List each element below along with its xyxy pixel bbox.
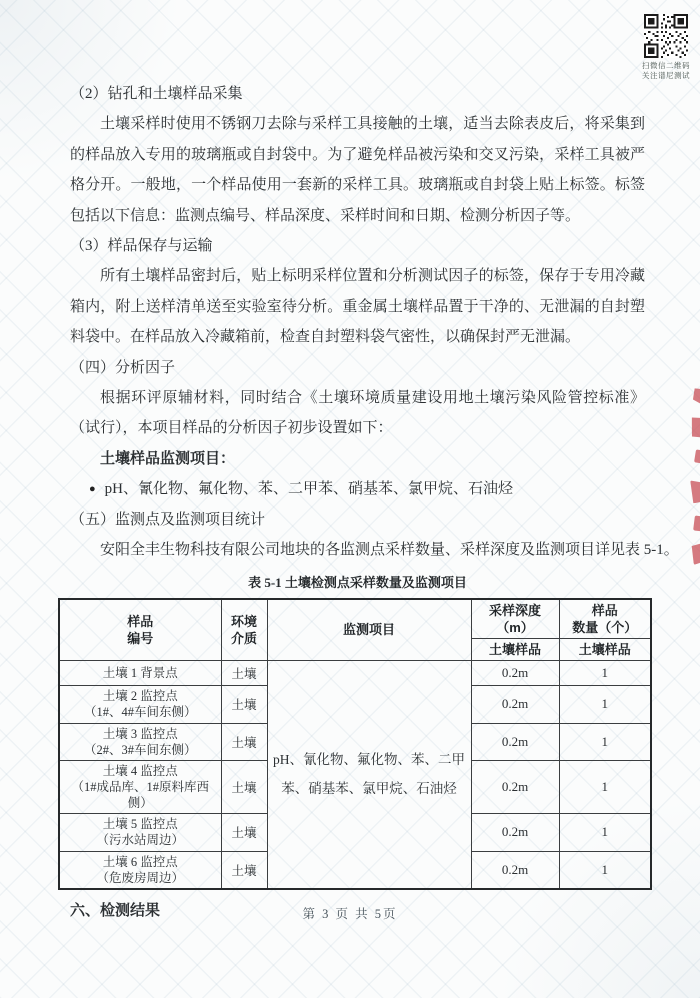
table-row: 土壤 1 背景点 土壤 pH、氰化物、氟化物、苯、二甲苯、硝基苯、氯甲烷、石油烃… [59, 661, 651, 686]
heading-analysis-factors: （四）分析因子 [70, 353, 645, 383]
header-medium: 环境 介质 [221, 599, 267, 661]
depth-cell: 0.2m [471, 761, 559, 814]
para-sampling-procedure: 土壤采样时使用不锈钢刀去除与采样工具接触的土壤，适当去除表皮后，将采集到的样品放… [70, 109, 645, 231]
depth-cell: 0.2m [471, 686, 559, 724]
header-sample-id: 样品 编号 [59, 599, 221, 661]
monitoring-items-cell: pH、氰化物、氟化物、苯、二甲苯、硝基苯、氯甲烷、石油烃 [267, 661, 471, 889]
count-cell: 1 [559, 851, 651, 889]
medium-cell: 土壤 [221, 851, 267, 889]
count-cell: 1 [559, 814, 651, 852]
count-cell: 1 [559, 661, 651, 686]
medium-cell: 土壤 [221, 761, 267, 814]
count-cell: 1 [559, 761, 651, 814]
medium-cell: 土壤 [221, 686, 267, 724]
para-storage-transport: 所有土壤样品密封后，贴上标明采样位置和分析测试因子的标签，保存于专用冷藏箱内，附… [70, 261, 645, 352]
heading-monitoring-statistics: （五）监测点及监测项目统计 [70, 505, 645, 535]
red-stamp-fragment [686, 388, 700, 568]
bullet-icon: ● [89, 474, 96, 504]
sample-id-cell: 土壤 3 监控点 （2#、3#车间东侧） [59, 723, 221, 761]
page-footer: 第 3 页 共 5页 [0, 904, 700, 922]
header-monitoring-items: 监测项目 [267, 599, 471, 661]
stamp-mark [690, 416, 700, 438]
header-sampling-depth: 采样深度（m） [471, 599, 559, 639]
depth-cell: 0.2m [471, 851, 559, 889]
depth-cell: 0.2m [471, 723, 559, 761]
subheader-depth-soil-sample: 土壤样品 [471, 639, 559, 661]
para-monitoring-statistics: 安阳全丰生物科技有限公司地块的各监测点采样数量、采样深度及监测项目详见表 5-1… [70, 535, 645, 565]
bullet-item-analytes: ● pH、氰化物、氟化物、苯、二甲苯、硝基苯、氯甲烷、石油烃 [89, 474, 645, 504]
medium-cell: 土壤 [221, 814, 267, 852]
count-cell: 1 [559, 686, 651, 724]
sampling-monitoring-table: 样品 编号 环境 介质 监测项目 采样深度（m） 样品 数量（个） 土壤样品 土… [58, 598, 652, 890]
para-analysis-factors: 根据环评原辅材料，同时结合《土壤环境质量建设用地土壤污染风险管控标准》（试行），… [70, 383, 645, 444]
stamp-mark [693, 515, 700, 531]
bullet-text: pH、氰化物、氟化物、苯、二甲苯、硝基苯、氯甲烷、石油烃 [105, 474, 513, 504]
sample-id-cell: 土壤 5 监控点 （污水站周边） [59, 814, 221, 852]
table-header-row: 样品 编号 环境 介质 监测项目 采样深度（m） 样品 数量（个） [59, 599, 651, 639]
depth-cell: 0.2m [471, 814, 559, 852]
table-caption: 表 5-1 土壤检测点采样数量及监测项目 [70, 571, 645, 595]
stamp-mark [690, 480, 700, 504]
stamp-mark [690, 543, 700, 565]
sample-id-cell: 土壤 6 监控点 （危废房周边） [59, 851, 221, 889]
document-page: 扫微信二维码 关注谱尼测试 （2）钻孔和土壤样品采集 土壤采样时使用不锈钢刀去除… [0, 0, 700, 998]
document-body: （2）钻孔和土壤样品采集 土壤采样时使用不锈钢刀去除与采样工具接触的土壤，适当去… [0, 0, 700, 920]
count-cell: 1 [559, 723, 651, 761]
medium-cell: 土壤 [221, 723, 267, 761]
heading-storage-transport: （3）样品保存与运输 [70, 231, 645, 261]
stamp-mark [694, 449, 700, 463]
subheading-soil-monitoring-items: 土壤样品监测项目： [70, 444, 645, 474]
stamp-mark [691, 387, 700, 404]
header-sample-count: 样品 数量（个） [559, 599, 651, 639]
medium-cell: 土壤 [221, 661, 267, 686]
sample-id-cell: 土壤 2 监控点 （1#、4#车间东侧） [59, 686, 221, 724]
depth-cell: 0.2m [471, 661, 559, 686]
heading-drilling-and-sampling: （2）钻孔和土壤样品采集 [70, 79, 645, 109]
sample-id-cell: 土壤 4 监控点 （1#成品库、1#原料库西侧） [59, 761, 221, 814]
subheader-count-soil-sample: 土壤样品 [559, 639, 651, 661]
sample-id-cell: 土壤 1 背景点 [59, 661, 221, 686]
